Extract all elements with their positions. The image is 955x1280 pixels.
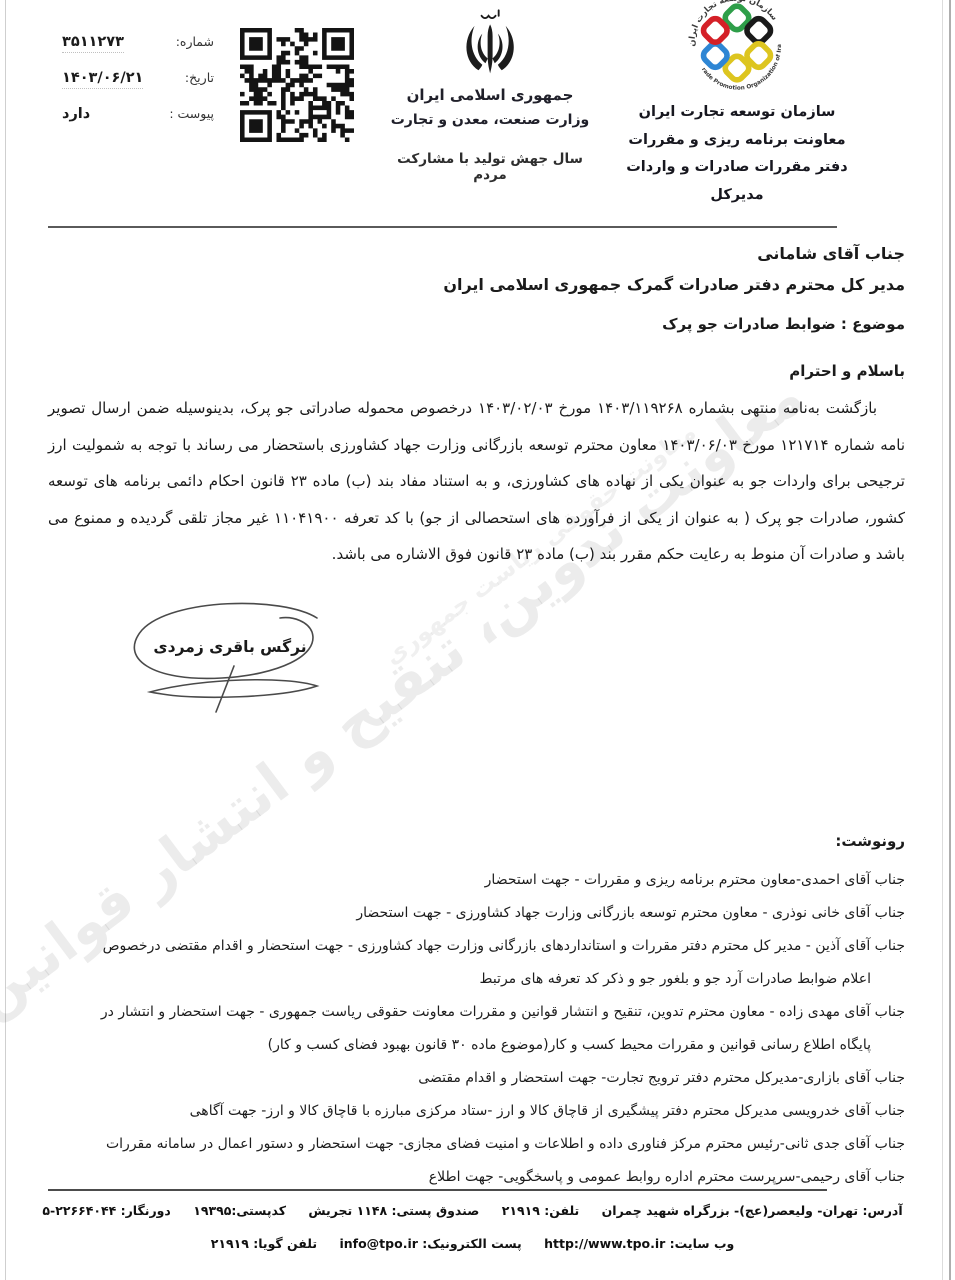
letter-body: بازگشت به‌نامه منتهی بشماره ۱۴۰۳/۱۱۹۲۶۸ … — [48, 390, 905, 573]
scan-edge-right — [949, 0, 951, 1280]
scan-edge-right-inner — [942, 0, 943, 1280]
attachment-label: پیوست : — [169, 106, 214, 121]
number-value: ۳۵۱۱۲۷۳ — [62, 34, 124, 53]
addressee-title: مدیر کل محترم دفتر صادرات گمرک جمهوری اس… — [60, 269, 905, 300]
footer-website: وب سایت: http://www.tpo.ir — [544, 1236, 734, 1251]
footer-address-line: آدرس: تهران- ولیعصر(عج)- بزرگراه شهید چم… — [30, 1203, 915, 1218]
signature-block: نرگس باقری زمردی — [112, 596, 352, 716]
tpo-logo-icon: سازمان توسعه تجارت ایران Trade Promotion… — [685, 0, 789, 95]
letter-meta: شماره: ۳۵۱۱۲۷۳ تاریخ: ۱۴۰۳/۰۶/۲۱ پیوست :… — [62, 34, 214, 141]
cc-item: جناب آقای جدی ثانی-رئیس محترم مرکز فناور… — [95, 1128, 905, 1161]
addressee-name: جناب آقای شامانی — [60, 238, 905, 269]
year-slogan: سال جهش تولید با مشارکت مردم — [380, 151, 600, 183]
date-label: تاریخ: — [185, 70, 214, 85]
footer-address: آدرس: تهران- ولیعصر(عج)- بزرگراه شهید چم… — [602, 1203, 903, 1218]
cc-item: جناب آقای خدرویسی مدیرکل محترم دفتر پیشگ… — [95, 1095, 905, 1128]
footer-pobox: صندوق پستی: ۱۱۴۸ تجریش — [308, 1203, 479, 1218]
footer-contact-line: وب سایت: http://www.tpo.ir پست الکترونیک… — [30, 1236, 915, 1251]
meta-date-row: تاریخ: ۱۴۰۳/۰۶/۲۱ — [62, 70, 214, 89]
signer-name: نرگس باقری زمردی — [142, 638, 318, 656]
org-role: مدیرکل — [612, 182, 862, 210]
scan-edge-left — [5, 0, 6, 1280]
cc-title: رونوشت: — [95, 832, 905, 850]
number-label: شماره: — [176, 34, 214, 49]
qr-code — [240, 28, 354, 142]
date-value: ۱۴۰۳/۰۶/۲۱ — [62, 70, 143, 89]
cc-item: جناب آقای بازاری-مدیرکل محترم دفتر ترویج… — [95, 1062, 905, 1095]
cc-section: رونوشت: جناب آقای احمدی-معاون محترم برنا… — [95, 832, 905, 1194]
footer-divider — [48, 1189, 827, 1191]
signature-scribble — [112, 596, 352, 716]
letter-body-paragraph: بازگشت به‌نامه منتهی بشماره ۱۴۰۳/۱۱۹۲۶۸ … — [48, 390, 905, 573]
cc-item: جناب آقای مهدی زاده - معاون محترم تدوین،… — [95, 996, 905, 1062]
meta-number-row: شماره: ۳۵۱۱۲۷۳ — [62, 34, 214, 53]
cc-item: جناب آقای خانی نوذری - معاون محترم توسعه… — [95, 897, 905, 930]
header-divider — [48, 226, 837, 228]
letter-page: شماره: ۳۵۱۱۲۷۳ تاریخ: ۱۴۰۳/۰۶/۲۱ پیوست :… — [0, 0, 955, 1280]
cc-item: جناب آقای احمدی-معاون محترم برنامه ریزی … — [95, 864, 905, 897]
footer-postalcode: کدپستی:۱۹۳۹۵ — [193, 1203, 286, 1218]
addressee-block: جناب آقای شامانی مدیر کل محترم دفتر صادر… — [60, 238, 905, 300]
iran-emblem-icon — [459, 8, 521, 78]
meta-attachment-row: پیوست : دارد — [62, 106, 214, 124]
cc-item: جناب آقای آذین - مدیر کل محترم دفتر مقرر… — [95, 930, 905, 996]
footer-voice-phone: تلفن گویا: ۲۱۹۱۹ — [211, 1236, 317, 1251]
subject-line: موضوع : ضوابط صادرات جو پرک — [662, 315, 905, 333]
header-center: جمهوری اسلامی ایران وزارت صنعت، معدن و ت… — [380, 8, 600, 183]
ministry-name: وزارت صنعت، معدن و تجارت — [380, 112, 600, 128]
org-office: دفتر مقررات صادرات و واردات — [612, 154, 862, 182]
footer-email: پست الکترونیک: info@tpo.ir — [339, 1236, 521, 1251]
org-name: سازمان توسعه تجارت ایران — [612, 99, 862, 127]
footer-phone: تلفن: ۲۱۹۱۹ — [502, 1203, 580, 1218]
country-name: جمهوری اسلامی ایران — [380, 86, 600, 104]
greeting-line: باسلام و احترام — [789, 362, 905, 380]
header-right: سازمان توسعه تجارت ایران Trade Promotion… — [612, 0, 862, 209]
footer-fax: دورنگار: ۲۲۶۶۴۰۴۴-۵ — [42, 1203, 170, 1218]
attachment-value: دارد — [62, 106, 90, 124]
org-deputy: معاونت برنامه ریزی و مقررات — [612, 127, 862, 155]
